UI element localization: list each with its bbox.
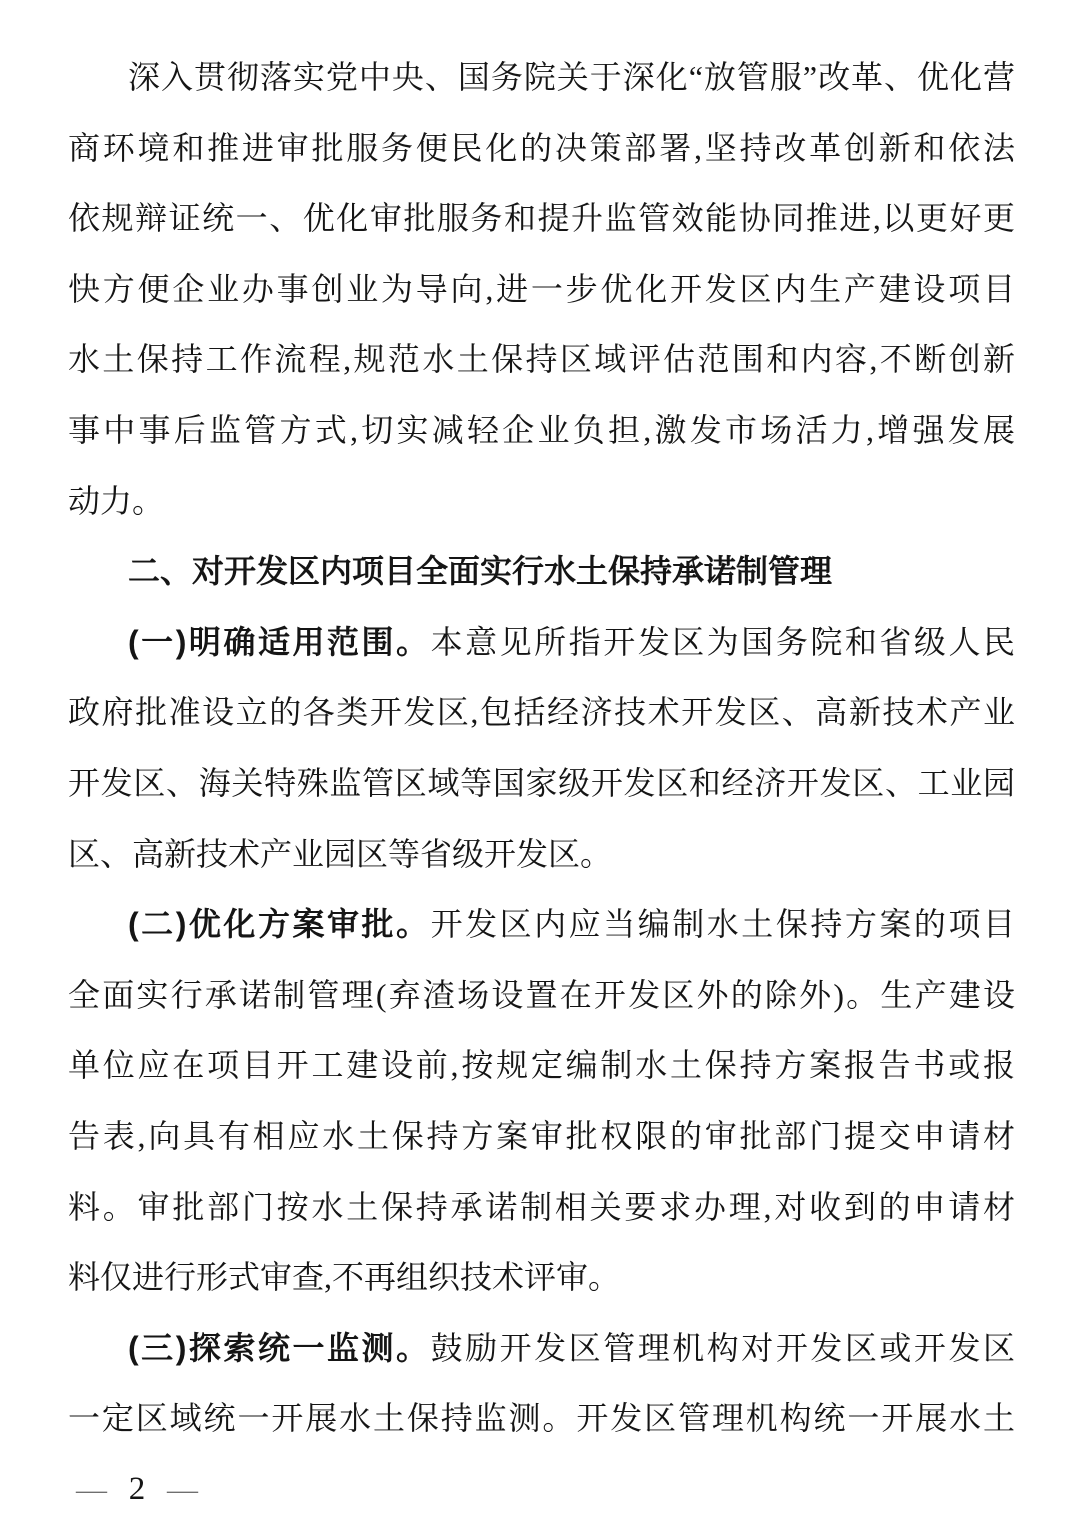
text-run: 料。审批部门按水土保持承诺制相关要求办理,对收到的申请材 [68,1189,1015,1225]
text-run: 商环境和推进审批服务便民化的决策部署,坚持改革创新和依法 [68,130,1015,166]
footer-dash-left: — [76,1476,107,1502]
bold-text-run: 二、对开发区内项目全面实行水土保持承诺制管理 [128,553,832,589]
page-number: 2 [129,1473,146,1506]
text-run: 开发区内应当编制水土保持方案的项目 [431,906,1015,942]
text-run: 开发区、海关特殊监管区域等国家级开发区和经济开发区、工业园 [68,765,1015,801]
text-line: (二)优化方案审批。开发区内应当编制水土保持方案的项目 [68,889,1015,960]
text-line: 快方便企业办事创业为导向,进一步优化开发区内生产建设项目 [68,254,1015,325]
text-line: 单位应在项目开工建设前,按规定编制水土保持方案报告书或报 [68,1030,1015,1101]
text-run: 鼓励开发区管理机构对开发区或开发区 [431,1330,1015,1366]
text-run: 全面实行承诺制管理(弃渣场设置在开发区外的除外)。生产建设 [68,977,1015,1013]
section-heading: 二、对开发区内项目全面实行水土保持承诺制管理 [68,536,1015,607]
text-line: 区、高新技术产业园区等省级开发区。 [68,819,1015,890]
text-run: 料仅进行形式审查,不再组织技术评审。 [68,1259,620,1295]
text-run: 政府批准设立的各类开发区,包括经济技术开发区、高新技术产业 [68,694,1015,730]
bold-text-run: (一)明确适用范围。 [128,624,431,660]
text-line: 全面实行承诺制管理(弃渣场设置在开发区外的除外)。生产建设 [68,960,1015,1031]
text-line: (一)明确适用范围。本意见所指开发区为国务院和省级人民 [68,607,1015,678]
page-footer: — 2 — [76,1473,198,1506]
text-run: 动力。 [68,483,164,519]
text-run: 水土保持工作流程,规范水土保持区域评估范围和内容,不断创新 [68,341,1015,377]
text-run: 一定区域统一开展水土保持监测。开发区管理机构统一开展水土 [68,1400,1015,1436]
text-line: 水土保持工作流程,规范水土保持区域评估范围和内容,不断创新 [68,324,1015,395]
text-run: 深入贯彻落实党中央、国务院关于深化“放管服”改革、优化营 [128,59,1015,95]
text-line: 料仅进行形式审查,不再组织技术评审。 [68,1242,1015,1313]
text-line: 依规辩证统一、优化审批服务和提升监管效能协同推进,以更好更 [68,183,1015,254]
text-line: 深入贯彻落实党中央、国务院关于深化“放管服”改革、优化营 [68,42,1015,113]
text-run: 单位应在项目开工建设前,按规定编制水土保持方案报告书或报 [68,1047,1015,1083]
text-line: 一定区域统一开展水土保持监测。开发区管理机构统一开展水土 [68,1383,1015,1454]
text-run: 快方便企业办事创业为导向,进一步优化开发区内生产建设项目 [68,271,1015,307]
text-line: 政府批准设立的各类开发区,包括经济技术开发区、高新技术产业 [68,677,1015,748]
text-run: 区、高新技术产业园区等省级开发区。 [68,836,612,872]
text-line: 开发区、海关特殊监管区域等国家级开发区和经济开发区、工业园 [68,748,1015,819]
text-run: 依规辩证统一、优化审批服务和提升监管效能协同推进,以更好更 [68,200,1015,236]
text-line: 商环境和推进审批服务便民化的决策部署,坚持改革创新和依法 [68,113,1015,184]
text-line: 料。审批部门按水土保持承诺制相关要求办理,对收到的申请材 [68,1172,1015,1243]
text-line: 事中事后监管方式,切实减轻企业负担,激发市场活力,增强发展 [68,395,1015,466]
text-line: 告表,向具有相应水土保持方案审批权限的审批部门提交申请材 [68,1101,1015,1172]
text-run: 告表,向具有相应水土保持方案审批权限的审批部门提交申请材 [68,1118,1015,1154]
document-body: 深入贯彻落实党中央、国务院关于深化“放管服”改革、优化营商环境和推进审批服务便民… [68,42,1015,1454]
document-page: 深入贯彻落实党中央、国务院关于深化“放管服”改革、优化营商环境和推进审批服务便民… [0,0,1080,1534]
footer-dash-right: — [167,1476,198,1502]
bold-text-run: (三)探索统一监测。 [128,1330,431,1366]
text-run: 事中事后监管方式,切实减轻企业负担,激发市场活力,增强发展 [68,412,1015,448]
text-line: 动力。 [68,466,1015,537]
text-line: (三)探索统一监测。鼓励开发区管理机构对开发区或开发区 [68,1313,1015,1384]
text-run: 本意见所指开发区为国务院和省级人民 [431,624,1015,660]
bold-text-run: (二)优化方案审批。 [128,906,431,942]
